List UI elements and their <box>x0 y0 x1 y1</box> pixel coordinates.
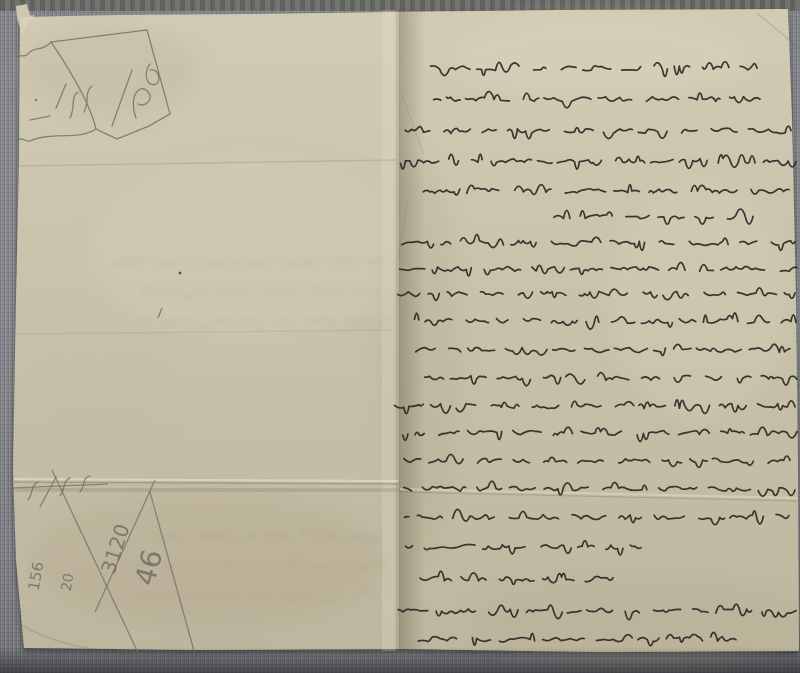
letter-sheet-graphic: 15620312046 <box>0 0 800 673</box>
horizontal-crease-left-shadow <box>14 489 398 491</box>
ink-speck <box>179 272 182 275</box>
photo-of-letter: 15620312046 <box>0 0 800 673</box>
dog-ear-fold <box>16 4 30 18</box>
fabric-background-bottom <box>0 647 800 673</box>
pencil-number: 20 <box>59 572 78 592</box>
center-fold-line <box>396 10 399 651</box>
center-fold-shading <box>399 10 425 651</box>
